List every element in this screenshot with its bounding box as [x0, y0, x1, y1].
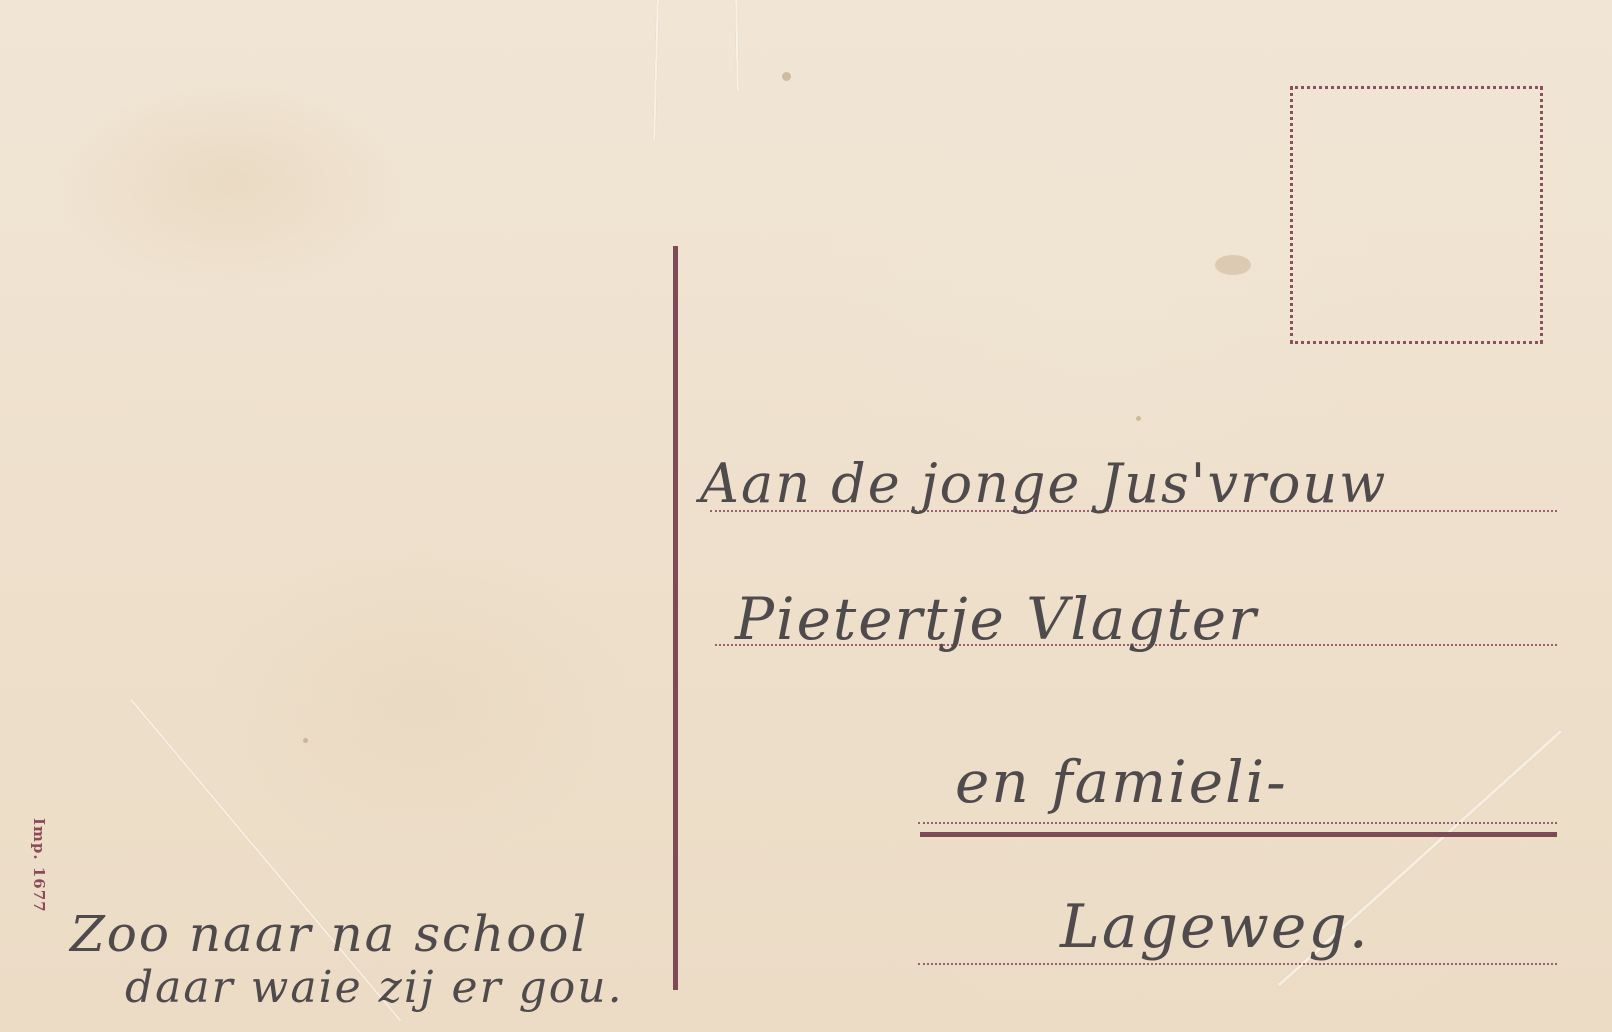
- paper-crease: [653, 0, 659, 140]
- paper-stain: [1136, 416, 1141, 421]
- address-place: Lageweg.: [1060, 892, 1370, 962]
- handwritten-message-line-2: daar waie zij er gou.: [125, 962, 624, 1013]
- stamp-placeholder-box: [1290, 86, 1543, 344]
- address-recipient-family: en famieli-: [955, 748, 1288, 816]
- postcard-back: Imp. 1677 Aan de jonge Jus'vrouw Pietert…: [0, 0, 1612, 1032]
- address-line-4: [918, 963, 1557, 965]
- paper-crease: [735, 0, 739, 90]
- handwritten-message-line-1: Zoo naar na school: [70, 905, 588, 963]
- address-recipient-title: Aan de jonge Jus'vrouw: [700, 452, 1387, 515]
- address-line-3: [918, 822, 1557, 824]
- paper-stain: [782, 72, 791, 81]
- paper-stain: [303, 738, 308, 743]
- message-address-divider: [673, 246, 678, 990]
- address-underline-solid: [920, 832, 1557, 837]
- printer-imprint: Imp. 1677: [30, 818, 48, 913]
- paper-stain: [1215, 255, 1251, 275]
- address-recipient-name: Pietertje Vlagter: [735, 585, 1258, 653]
